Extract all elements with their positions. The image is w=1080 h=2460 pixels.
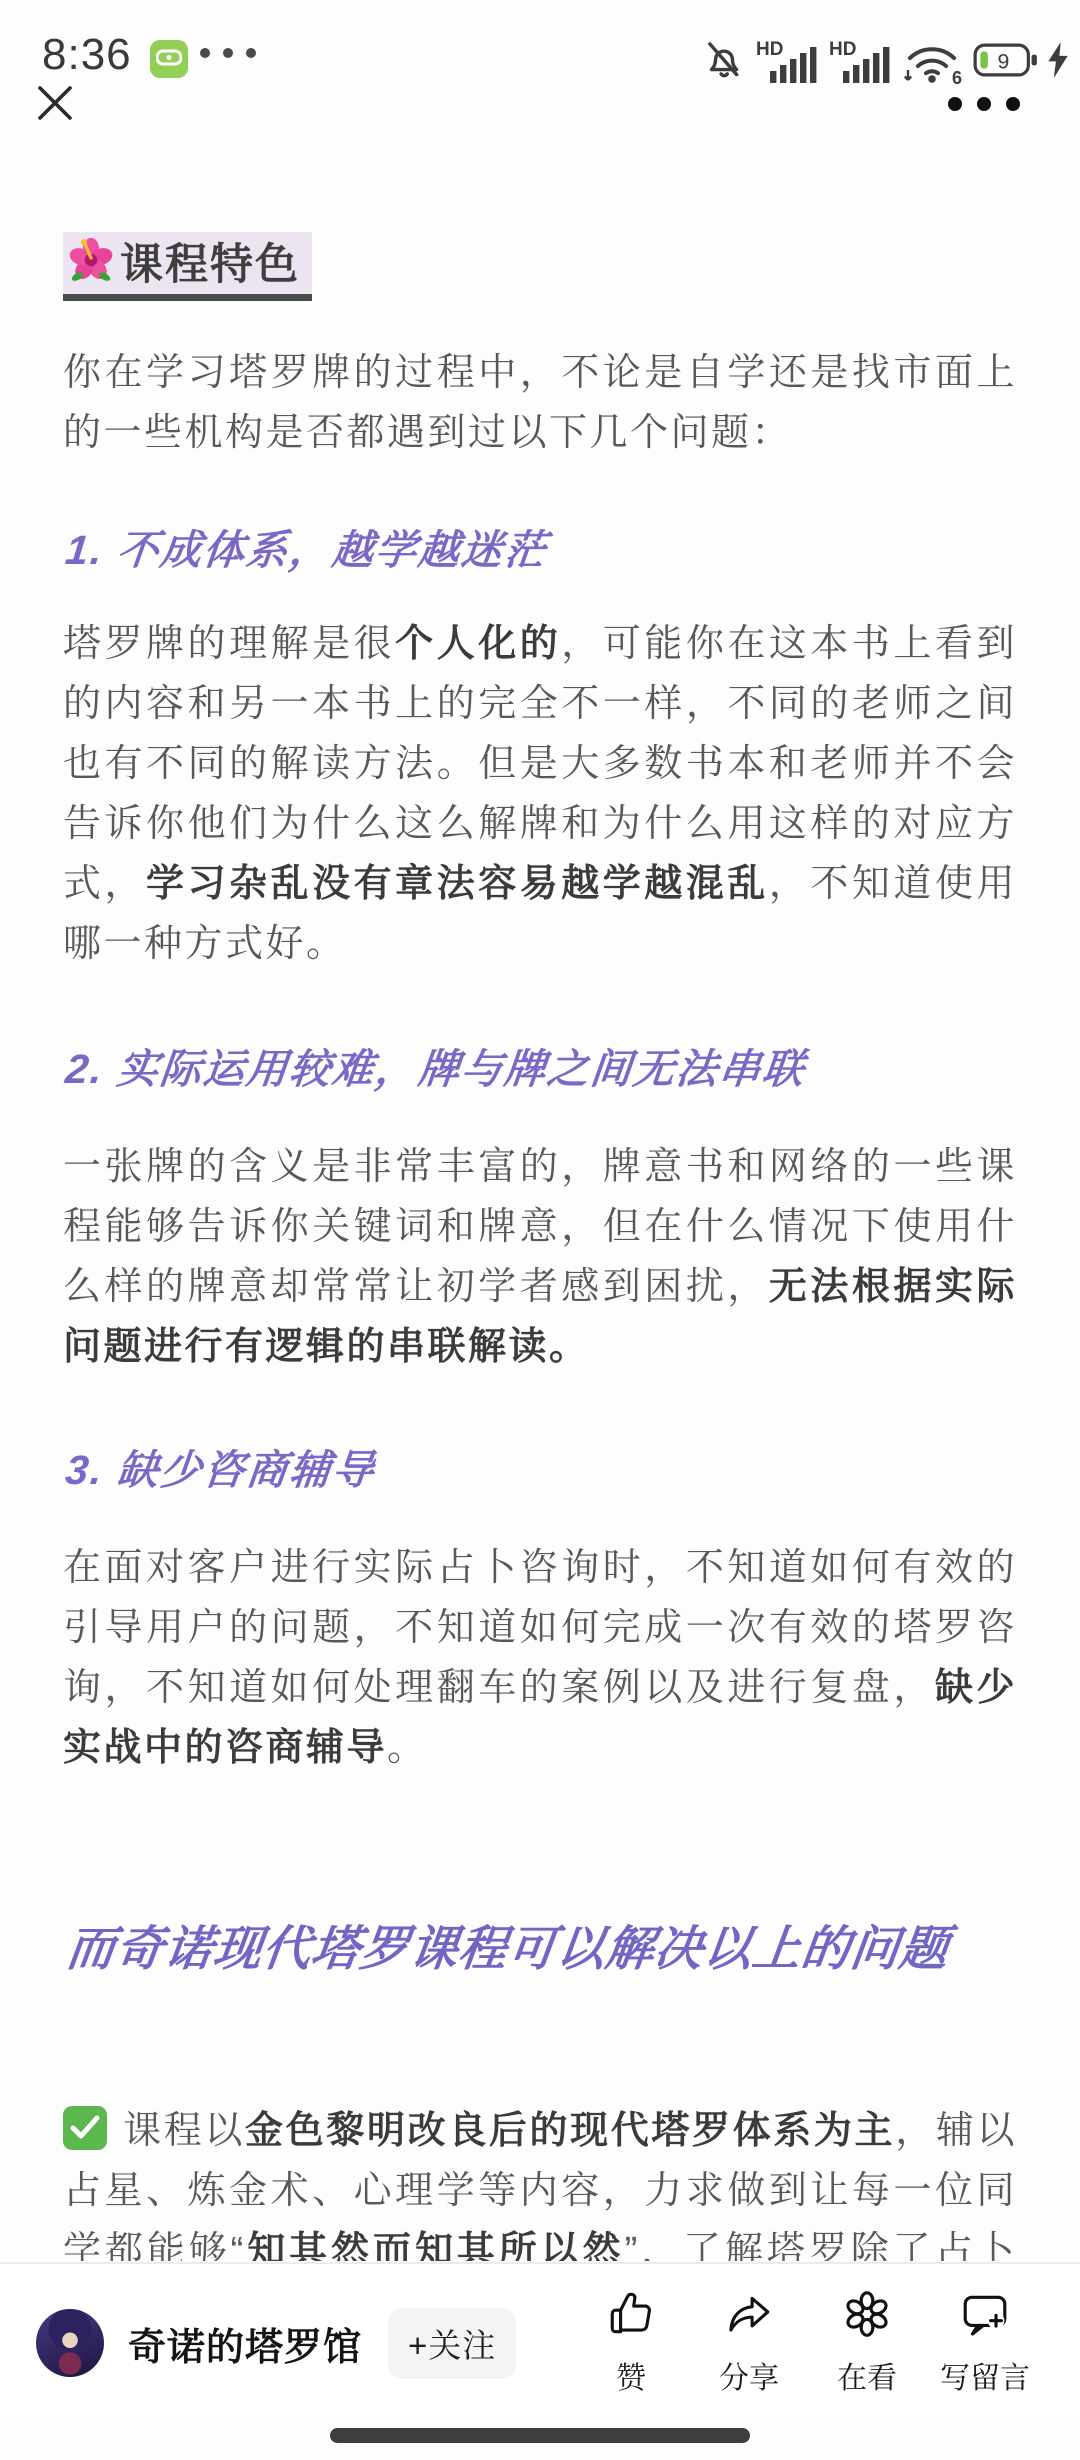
charging-bolt-icon — [1048, 42, 1068, 83]
action-buttons: 赞 分享 — [572, 2289, 1044, 2397]
notification-dots-icon — [198, 46, 264, 65]
avatar[interactable] — [36, 2309, 104, 2377]
svg-text:6: 6 — [952, 68, 962, 84]
hd-signal-icon: HD — [829, 37, 893, 88]
share-label: 分享 — [719, 2353, 779, 2397]
feature-paragraph-text: 课程以金色黎明改良后的现代塔罗体系为主，辅以占星、炼金术、心理学等内容，力求做到… — [63, 2110, 1017, 2261]
comment-button[interactable]: 写留言 — [926, 2289, 1044, 2397]
hibiscus-flower-icon — [66, 235, 116, 290]
more-dots-icon[interactable] — [946, 96, 1022, 112]
like-label: 赞 — [616, 2353, 646, 2397]
section-title-1: 1. 不成体系，越学越迷茫 — [63, 517, 1017, 576]
section-heading-highlight: 课程特色 — [63, 232, 312, 301]
close-x-icon[interactable] — [30, 78, 80, 128]
green-check-icon — [63, 2106, 107, 2150]
like-button[interactable]: 赞 — [572, 2289, 690, 2397]
big-purple-title: 而奇诺现代塔罗课程可以解决以上的问题 — [63, 1910, 1017, 1979]
feature-paragraph: 课程以金色黎明改良后的现代塔罗体系为主，辅以占星、炼金术、心理学等内容，力求做到… — [63, 2101, 1017, 2261]
svg-text:HD: HD — [756, 39, 783, 60]
notification-app-badge — [150, 40, 188, 78]
thumbs-up-icon — [606, 2289, 656, 2344]
bottom-action-bar: 奇诺的塔罗馆 +关注 赞 分享 — [0, 2262, 1080, 2422]
share-button[interactable]: 分享 — [690, 2289, 808, 2397]
mute-bell-icon — [701, 37, 747, 88]
section-paragraph-3: 在面对客户进行实际占卜咨询时，不知道如何有效的引导用户的问题，不知道如何完成一次… — [63, 1538, 1017, 1778]
account-name[interactable]: 奇诺的塔罗馆 — [128, 2316, 362, 2371]
wow-button[interactable]: 在看 — [808, 2289, 926, 2397]
svg-text:9: 9 — [997, 50, 1009, 74]
hd-signal-icon: HD — [756, 37, 820, 88]
article-body: 课程特色 你在学习塔罗牌的过程中，不论是自学还是找市面上的一些机构是否都遇到过以… — [63, 232, 1017, 2261]
battery-icon: 9 — [973, 42, 1039, 83]
section-paragraph-1: 塔罗牌的理解是很个人化的，可能你在这本书上看到的内容和另一本书上的完全不一样，不… — [63, 614, 1017, 974]
section-paragraph-2: 一张牌的含义是非常丰富的，牌意书和网络的一些课程能够告诉你关键词和牌意，但在什么… — [63, 1137, 1017, 1377]
wifi-icon: 6 — [902, 36, 964, 89]
section-title-2: 2. 实际运用较难，牌与牌之间无法串联 — [63, 1036, 1017, 1095]
wow-flower-icon — [842, 2289, 892, 2344]
follow-button[interactable]: +关注 — [388, 2308, 516, 2379]
status-bar: 8:36 HD HD — [0, 18, 1080, 88]
intro-paragraph: 你在学习塔罗牌的过程中，不论是自学还是找市面上的一些机构是否都遇到过以下几个问题… — [63, 343, 1017, 463]
home-indicator-bar[interactable] — [330, 2428, 750, 2443]
page-title: 课程特色 — [120, 241, 300, 290]
comment-label: 写留言 — [940, 2353, 1030, 2397]
clock-time: 8:36 — [42, 30, 132, 80]
wow-label: 在看 — [837, 2353, 897, 2397]
share-arrow-icon — [724, 2289, 774, 2344]
section-title-3: 3. 缺少咨商辅导 — [63, 1437, 1017, 1496]
svg-text:HD: HD — [829, 39, 856, 60]
comment-bubble-icon — [960, 2289, 1010, 2344]
